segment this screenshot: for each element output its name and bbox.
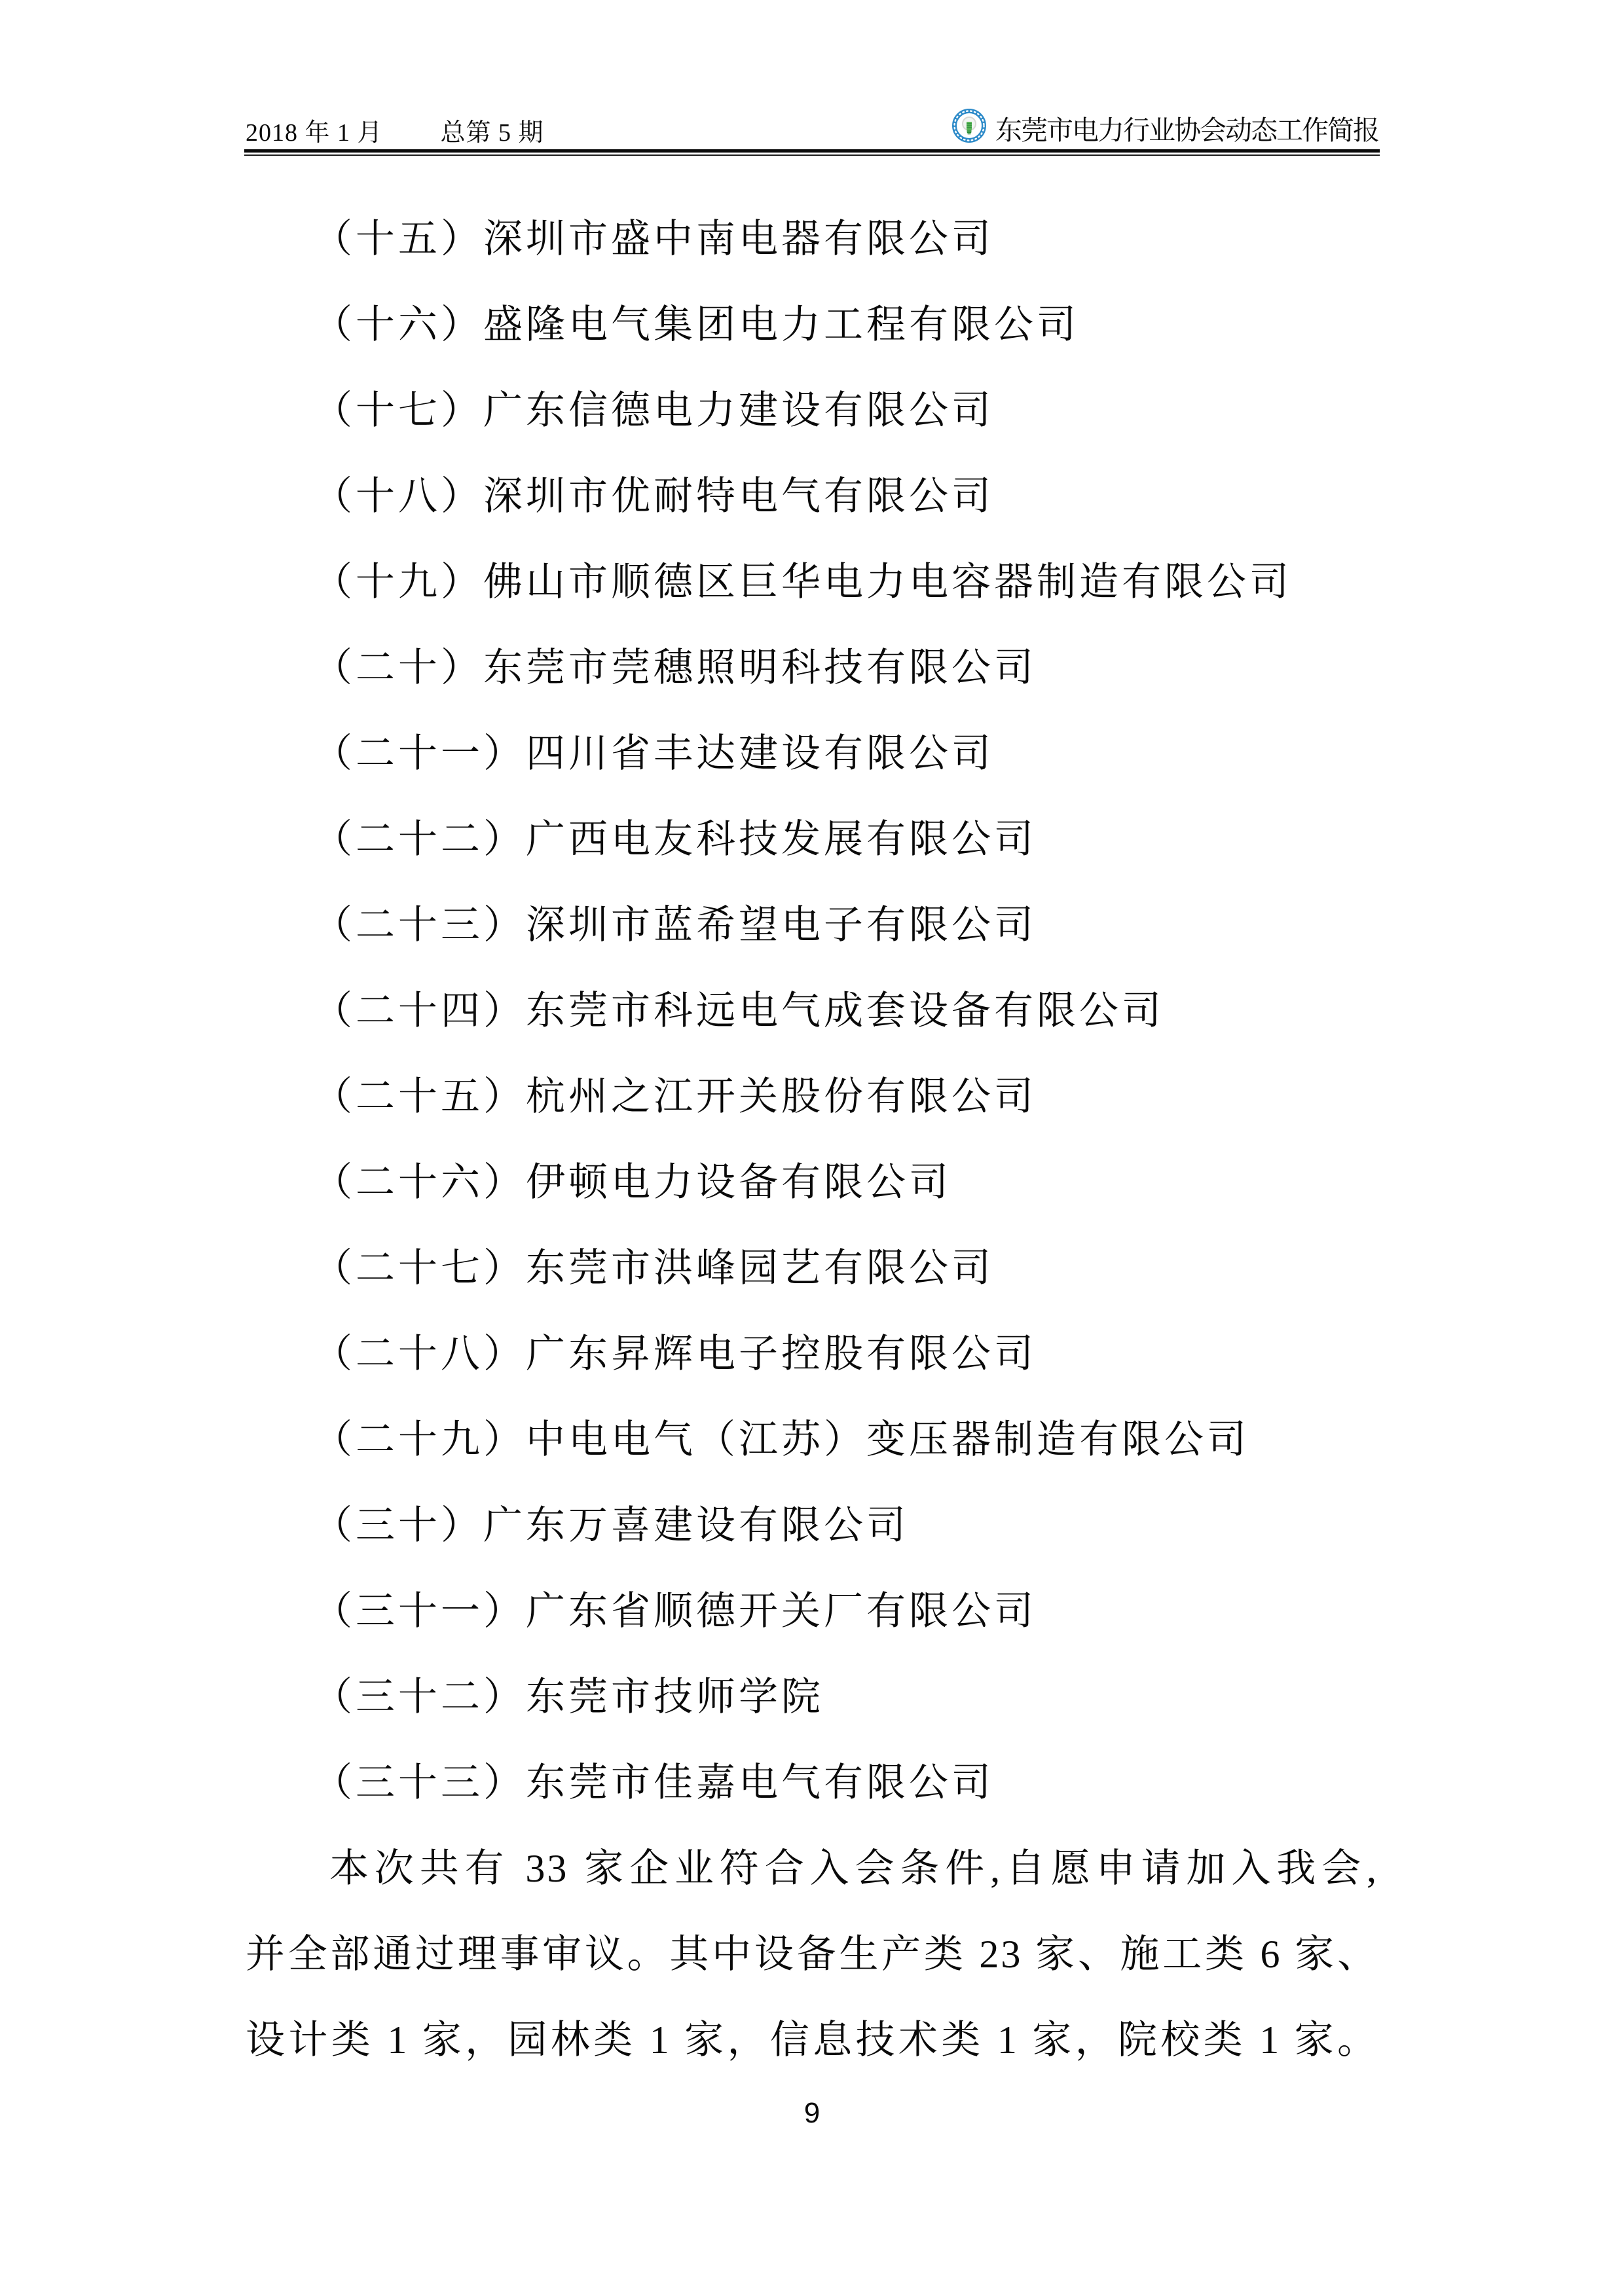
member-number: （二十） <box>313 646 483 689</box>
member-number: （二十一） <box>313 732 526 775</box>
member-number: （二十七） <box>313 1247 526 1290</box>
member-company-name: 广东信德电力建设有限公司 <box>483 389 994 432</box>
member-number: （二十六） <box>313 1161 526 1204</box>
member-list-item: （二十六）伊顿电力设备有限公司 <box>246 1140 1385 1226</box>
header-masthead: 东莞市电力行业协会动态工作简报 <box>952 109 1378 148</box>
summary-line: 并全部通过理事审议。其中设备生产类 23 家、施工类 6 家、 <box>246 1912 1378 1997</box>
member-company-list: （十五）深圳市盛中南电器有限公司 （十六）盛隆电气集团电力工程有限公司 （十七）… <box>246 196 1385 1826</box>
member-list-item: （二十八）广东昇辉电子控股有限公司 <box>246 1311 1385 1397</box>
member-company-name: 广东万喜建设有限公司 <box>483 1504 909 1547</box>
member-company-name: 东莞市洪峰园艺有限公司 <box>526 1247 994 1290</box>
member-number: （三十二） <box>313 1675 526 1719</box>
member-number: （三十） <box>313 1504 483 1547</box>
member-company-name: 深圳市盛中南电器有限公司 <box>483 217 994 261</box>
member-number: （二十四） <box>313 989 526 1032</box>
member-number: （三十一） <box>313 1590 526 1633</box>
member-list-item: （二十五）杭州之江开关股份有限公司 <box>246 1054 1385 1140</box>
page-number: 9 <box>0 2094 1624 2133</box>
member-number: （十七） <box>313 389 483 432</box>
member-number: （二十五） <box>313 1075 526 1118</box>
header-rule-thick <box>244 149 1380 153</box>
issue-number: 总第 5 期 <box>441 119 544 147</box>
member-company-name: 东莞市佳嘉电气有限公司 <box>526 1761 994 1804</box>
member-number: （十八） <box>313 475 483 518</box>
member-company-name: 广东省顺德开关厂有限公司 <box>526 1590 1037 1633</box>
member-list-item: （三十三）东莞市佳嘉电气有限公司 <box>246 1740 1385 1826</box>
member-number: （二十三） <box>313 903 526 947</box>
summary-line: 本次共有 33 家企业符合入会条件,自愿申请加入我会, <box>246 1826 1378 1912</box>
member-list-item: （十六）盛隆电气集团电力工程有限公司 <box>246 282 1385 368</box>
page-header: 2018 年 1 月总第 5 期 东莞市电力行业协会动态工作简报 <box>246 100 1378 148</box>
summary-line: 设计类 1 家，园林类 1 家，信息技术类 1 家，院校类 1 家。 <box>246 1997 1378 2083</box>
document-page: 2018 年 1 月总第 5 期 东莞市电力行业协会动态工作简报 （十五）深圳市… <box>0 0 1624 2296</box>
member-company-name: 深圳市蓝希望电子有限公司 <box>526 903 1037 947</box>
member-number: （二十八） <box>313 1332 526 1376</box>
member-list-item: （二十一）四川省丰达建设有限公司 <box>246 711 1385 797</box>
member-list-item: （十九）佛山市顺德区巨华电力电容器制造有限公司 <box>246 539 1385 625</box>
member-list-item: （三十）广东万喜建设有限公司 <box>246 1483 1385 1569</box>
member-list-item: （三十一）广东省顺德开关厂有限公司 <box>246 1569 1385 1654</box>
member-company-name: 杭州之江开关股份有限公司 <box>526 1075 1037 1118</box>
member-list-item: （二十七）东莞市洪峰园艺有限公司 <box>246 1226 1385 1311</box>
header-issue-info: 2018 年 1 月总第 5 期 <box>246 120 544 148</box>
member-company-name: 东莞市莞穗照明科技有限公司 <box>483 646 1037 689</box>
lightbulb-badge-icon <box>952 109 986 143</box>
member-company-name: 深圳市优耐特电气有限公司 <box>483 475 994 518</box>
member-company-name: 四川省丰达建设有限公司 <box>526 732 994 775</box>
summary-paragraph: 本次共有 33 家企业符合入会条件,自愿申请加入我会, 并全部通过理事审议。其中… <box>246 1826 1378 2083</box>
bulletin-title: 东莞市电力行业协会动态工作简报 <box>995 117 1378 148</box>
member-list-item: （二十四）东莞市科远电气成套设备有限公司 <box>246 968 1385 1054</box>
member-list-item: （十五）深圳市盛中南电器有限公司 <box>246 196 1385 282</box>
member-list-item: （二十二）广西电友科技发展有限公司 <box>246 797 1385 883</box>
member-list-item: （三十二）东莞市技师学院 <box>246 1654 1385 1740</box>
member-company-name: 广东昇辉电子控股有限公司 <box>526 1332 1037 1376</box>
member-number: （三十三） <box>313 1761 526 1804</box>
member-number: （十九） <box>313 560 483 604</box>
member-list-item: （二十）东莞市莞穗照明科技有限公司 <box>246 625 1385 711</box>
member-company-name: 佛山市顺德区巨华电力电容器制造有限公司 <box>483 560 1292 604</box>
member-company-name: 中电电气（江苏）变压器制造有限公司 <box>526 1418 1249 1461</box>
member-list-item: （二十九）中电电气（江苏）变压器制造有限公司 <box>246 1397 1385 1483</box>
member-list-item: （二十三）深圳市蓝希望电子有限公司 <box>246 883 1385 968</box>
header-rule-thin <box>244 155 1380 156</box>
member-number: （十六） <box>313 303 483 346</box>
member-company-name: 盛隆电气集团电力工程有限公司 <box>483 303 1079 346</box>
member-company-name: 广西电友科技发展有限公司 <box>526 818 1037 861</box>
member-list-item: （十七）广东信德电力建设有限公司 <box>246 368 1385 454</box>
issue-date: 2018 年 1 月 <box>246 119 383 147</box>
member-company-name: 东莞市技师学院 <box>526 1675 824 1719</box>
member-company-name: 东莞市科远电气成套设备有限公司 <box>526 989 1164 1032</box>
member-number: （二十九） <box>313 1418 526 1461</box>
member-number: （二十二） <box>313 818 526 861</box>
member-list-item: （十八）深圳市优耐特电气有限公司 <box>246 454 1385 539</box>
member-number: （十五） <box>313 217 483 261</box>
member-company-name: 伊顿电力设备有限公司 <box>526 1161 951 1204</box>
